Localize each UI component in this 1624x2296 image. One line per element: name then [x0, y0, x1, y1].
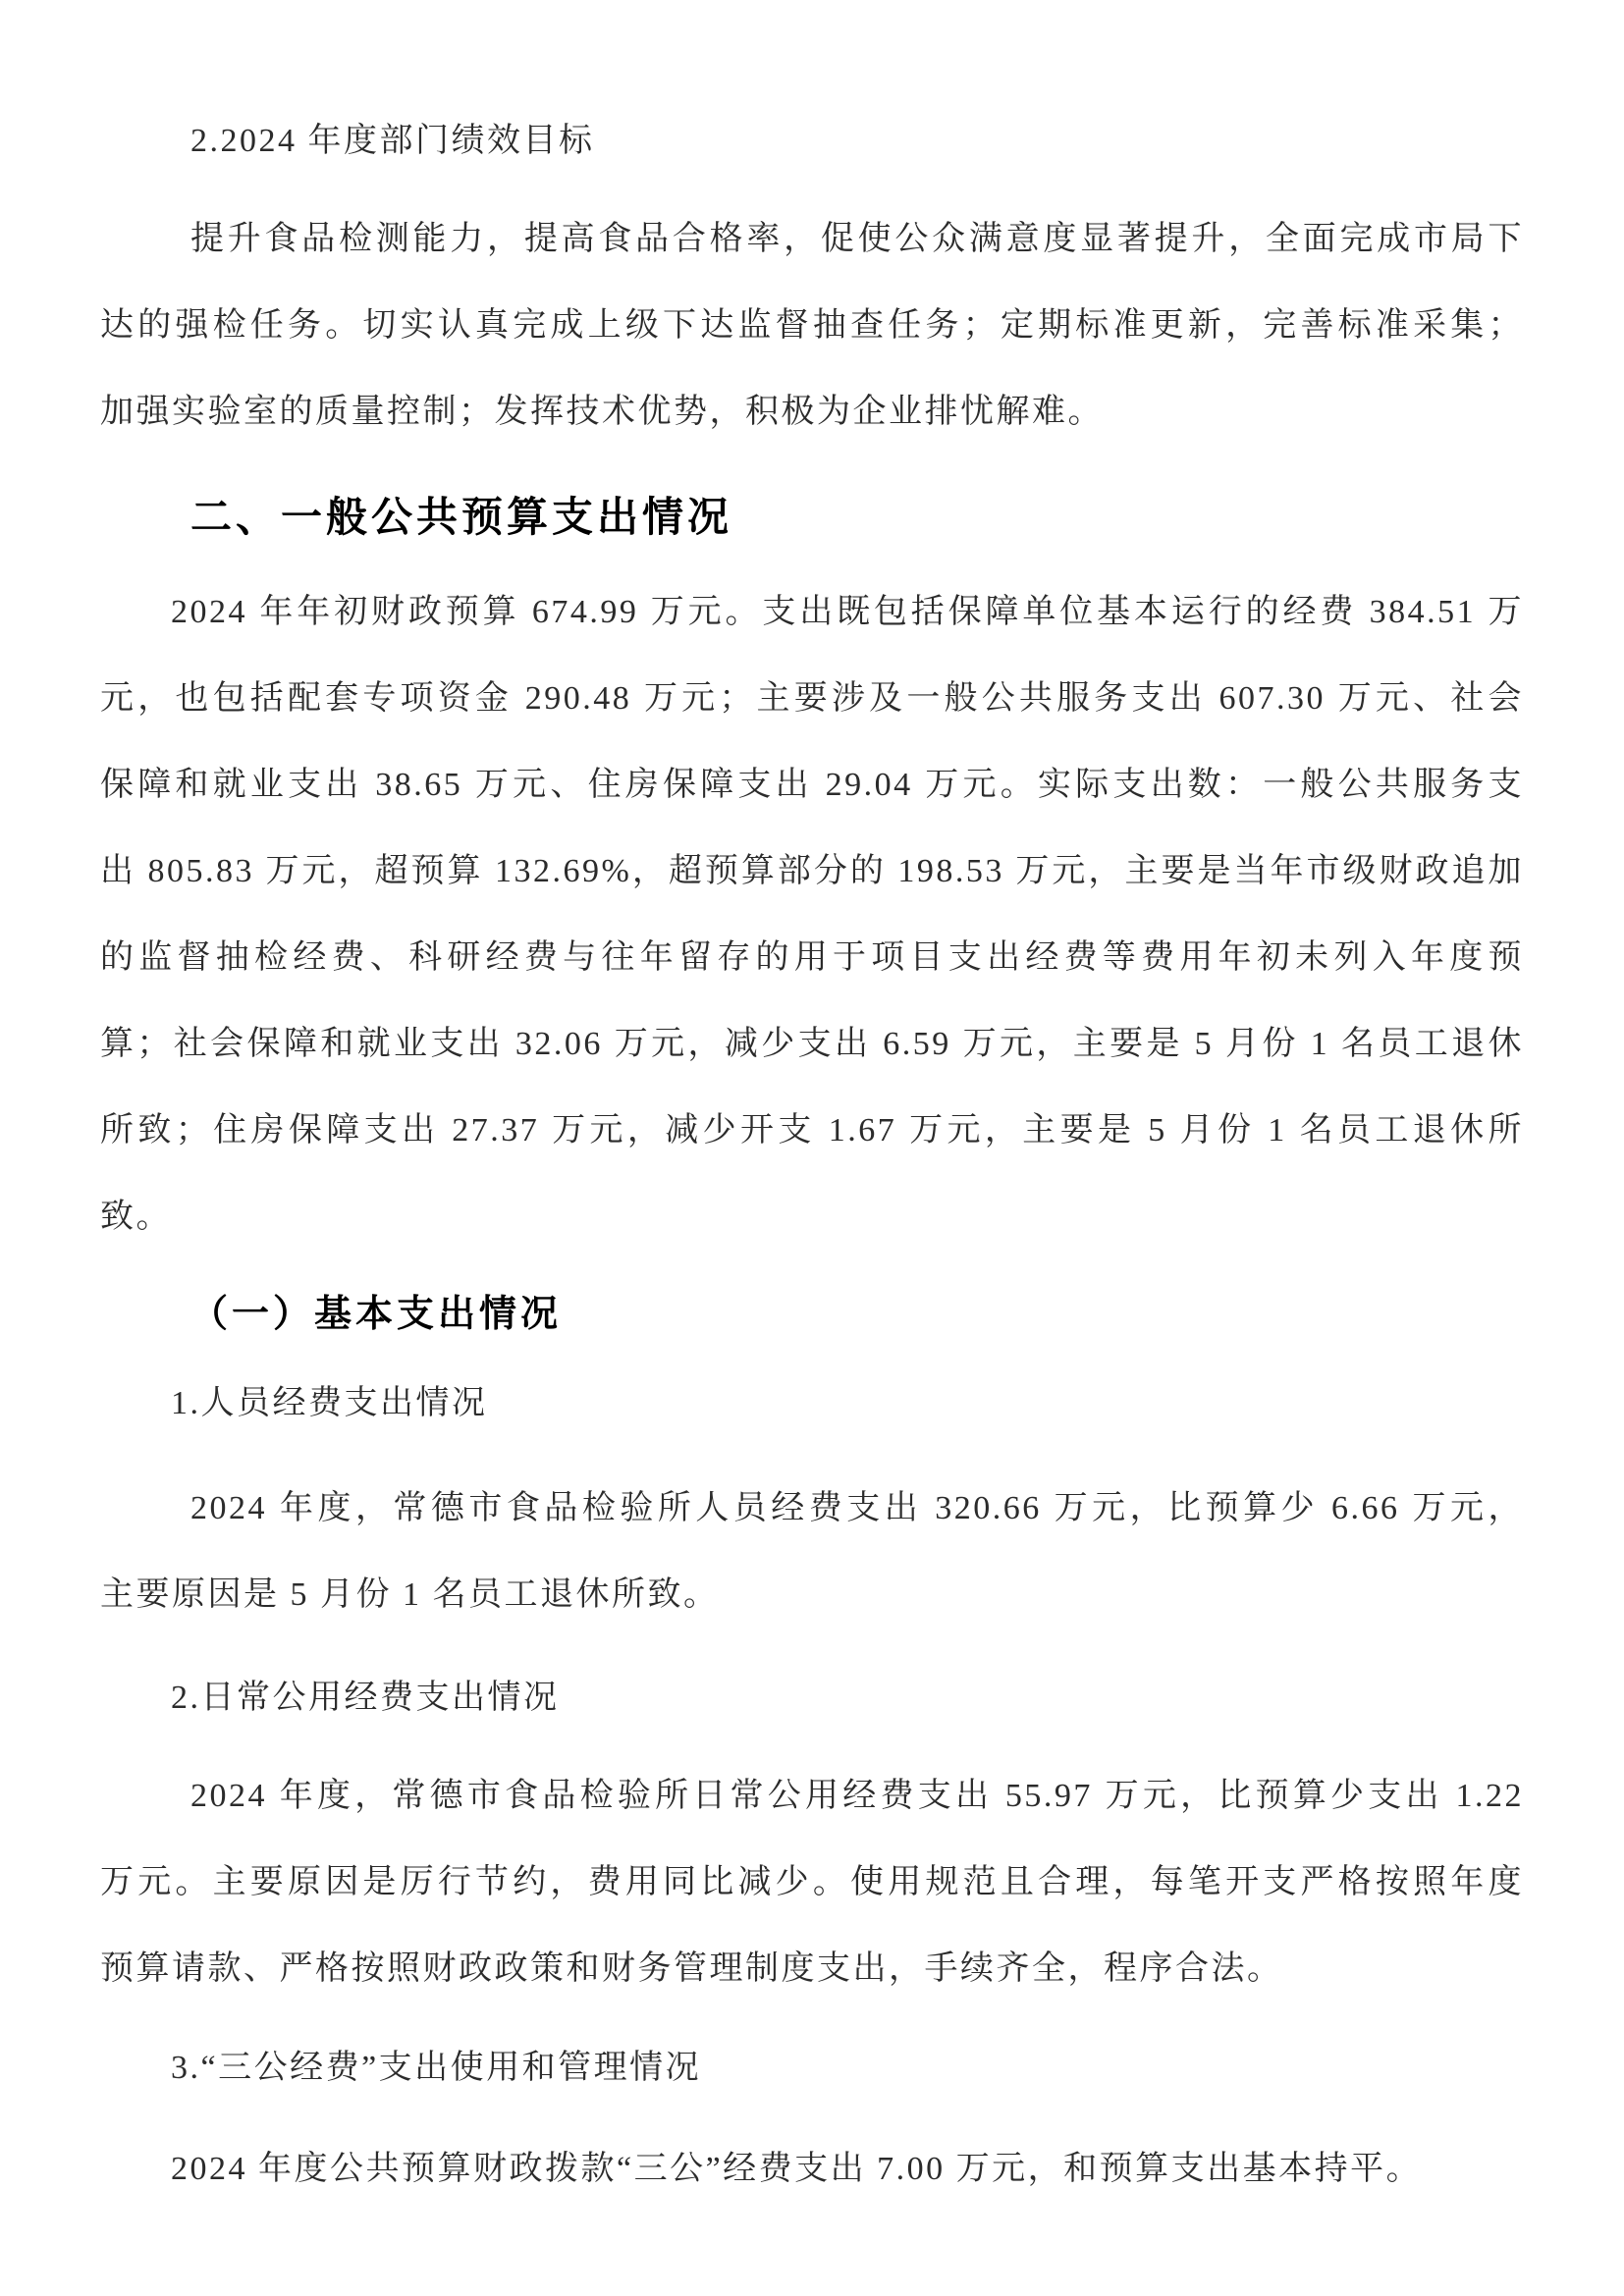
text-line: 2024 年度，常德市食品检验所日常公用经费支出 55.97 万元，比预算少支出… — [100, 1753, 1524, 1840]
subsection-2-heading: 2.2024 年度部门绩效目标 — [100, 98, 1524, 185]
text-line: 达的强检任务。切实认真完成上级下达监督抽查任务；定期标准更新，完善标准采集； — [100, 283, 1524, 369]
three-public-expense-paragraph: 2024 年度公共预算财政拨款“三公”经费支出 7.00 万元，和预算支出基本持… — [100, 2126, 1524, 2213]
daily-expense-paragraph: 2024 年度，常德市食品检验所日常公用经费支出 55.97 万元，比预算少支出… — [100, 1753, 1524, 2012]
text-line: 2024 年度公共预算财政拨款“三公”经费支出 7.00 万元，和预算支出基本持… — [100, 2126, 1524, 2213]
text-line: 提升食品检测能力，提高食品合格率，促使公众满意度显著提升，全面完成市局下 — [100, 196, 1524, 283]
text-line: 出 805.83 万元，超预算 132.69%，超预算部分的 198.53 万元… — [100, 828, 1524, 915]
performance-goal-paragraph: 提升食品检测能力，提高食品合格率，促使公众满意度显著提升，全面完成市局下 达的强… — [100, 196, 1524, 455]
document-page: 2.2024 年度部门绩效目标 提升食品检测能力，提高食品合格率，促使公众满意度… — [0, 0, 1624, 2296]
text-line: 致。 — [100, 1174, 1524, 1260]
item-3-heading: 3.“三公经费”支出使用和管理情况 — [100, 2025, 1524, 2111]
personnel-expense-paragraph: 2024 年度，常德市食品检验所人员经费支出 320.66 万元，比预算少 6.… — [100, 1466, 1524, 1638]
item-1-heading: 1.人员经费支出情况 — [100, 1361, 1524, 1447]
subsection-1-heading: （一）基本支出情况 — [100, 1271, 1524, 1358]
item-2-heading: 2.日常公用经费支出情况 — [100, 1655, 1524, 1741]
text-line: 元，也包括配套专项资金 290.48 万元；主要涉及一般公共服务支出 607.3… — [100, 656, 1524, 742]
text-line: 加强实验室的质量控制；发挥技术优势，积极为企业排忧解难。 — [100, 369, 1524, 455]
text-line: 保障和就业支出 38.65 万元、住房保障支出 29.04 万元。实际支出数：一… — [100, 742, 1524, 828]
text-line: 的监督抽检经费、科研经费与往年留存的用于项目支出经费等费用年初未列入年度预 — [100, 915, 1524, 1001]
section-2-heading: 二、一般公共预算支出情况 — [100, 474, 1524, 561]
text-line: 2024 年度，常德市食品检验所人员经费支出 320.66 万元，比预算少 6.… — [100, 1466, 1524, 1552]
budget-overview-paragraph: 2024 年年初财政预算 674.99 万元。支出既包括保障单位基本运行的经费 … — [100, 569, 1524, 1260]
text-line: 算；社会保障和就业支出 32.06 万元，减少支出 6.59 万元，主要是 5 … — [100, 1001, 1524, 1088]
text-line: 所致；住房保障支出 27.37 万元，减少开支 1.67 万元，主要是 5 月份… — [100, 1088, 1524, 1174]
text-line: 预算请款、严格按照财政政策和财务管理制度支出，手续齐全，程序合法。 — [100, 1926, 1524, 2012]
text-line: 2024 年年初财政预算 674.99 万元。支出既包括保障单位基本运行的经费 … — [100, 569, 1524, 656]
text-line: 万元。主要原因是厉行节约，费用同比减少。使用规范且合理，每笔开支严格按照年度 — [100, 1840, 1524, 1926]
text-line: 主要原因是 5 月份 1 名员工退休所致。 — [100, 1552, 1524, 1638]
